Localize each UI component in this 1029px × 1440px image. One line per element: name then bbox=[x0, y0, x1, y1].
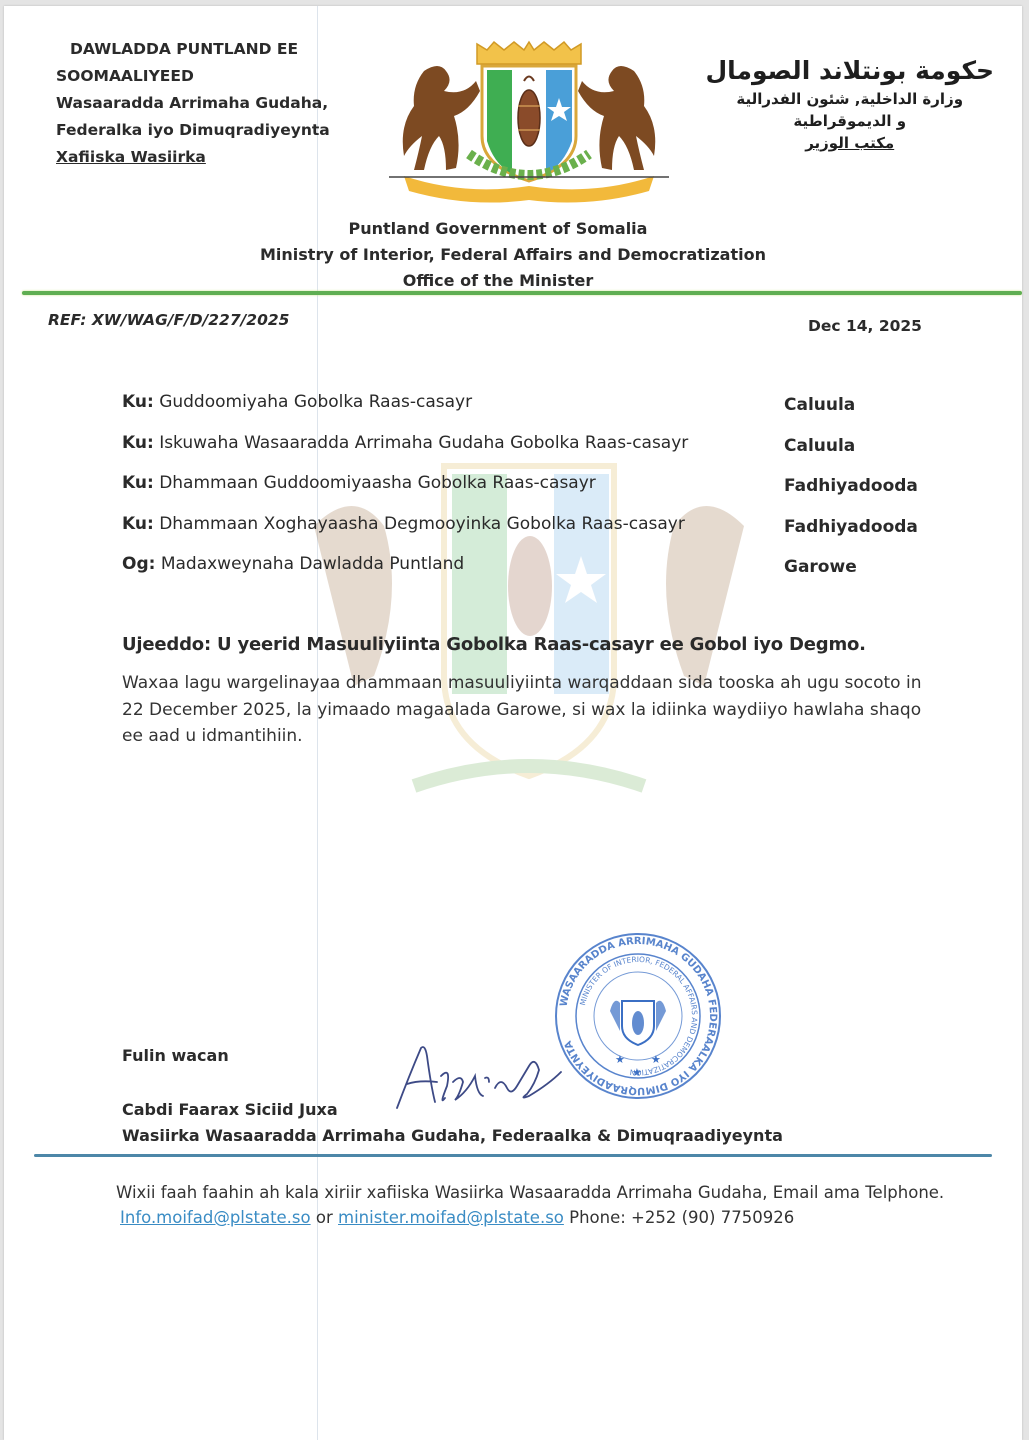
footer-contact: Info.moifad@plstate.so or minister.moifa… bbox=[120, 1208, 794, 1227]
recipient-location: Fadhiyadooda bbox=[784, 517, 918, 537]
svg-text:★: ★ bbox=[632, 1066, 642, 1079]
letter-date: Dec 14, 2025 bbox=[808, 317, 922, 335]
government-name: Puntland Government of Somalia bbox=[4, 216, 1022, 242]
recipient-row: Og: Madaxweynaha Dawladda Puntland Garow… bbox=[122, 554, 922, 595]
signer-name: Cabdi Faarax Siciid Juxa bbox=[122, 1100, 338, 1119]
header-divider bbox=[22, 291, 1022, 295]
letterhead-left: DAWLADDA PUNTLAND EE SOOMAALIYEED Wasaar… bbox=[56, 36, 330, 171]
letterhead-right-arabic: حكومة بونتلاند الصومال وزارة الداخلية, ش… bbox=[705, 54, 994, 154]
recipient-prefix: Og: bbox=[122, 554, 155, 574]
recipient-name: Guddoomiyaha Gobolka Raas-casayr bbox=[159, 392, 472, 412]
recipient-row: Ku: Guddoomiyaha Gobolka Raas-casayr Cal… bbox=[122, 392, 922, 433]
recipient-list: Ku: Guddoomiyaha Gobolka Raas-casayr Cal… bbox=[122, 392, 922, 595]
recipient-name: Dhammaan Xoghayaasha Degmooyinka Gobolka… bbox=[159, 514, 685, 534]
footer-note: Wixii faah faahin ah kala xiriir xafiisk… bbox=[116, 1183, 944, 1202]
recipient-location: Fadhiyadooda bbox=[784, 476, 918, 496]
arabic-government-title: حكومة بونتلاند الصومال bbox=[705, 54, 994, 88]
letterhead-left-line: SOOMAALIYEED bbox=[56, 63, 330, 90]
letter-body: Waxaa lagu wargelinayaa dhammaan masuuli… bbox=[122, 670, 932, 750]
email-link-minister[interactable]: minister.moifad@plstate.so bbox=[338, 1208, 564, 1227]
recipient-prefix: Ku: bbox=[122, 514, 154, 534]
letterhead-left-line: Federalka iyo Dimuqradiyeynta bbox=[56, 117, 330, 144]
svg-text:★: ★ bbox=[615, 1053, 625, 1066]
recipient-location: Caluula bbox=[784, 436, 855, 456]
signature-icon bbox=[389, 1036, 589, 1116]
letter-page: DAWLADDA PUNTLAND EE SOOMAALIYEED Wasaar… bbox=[4, 6, 1022, 1440]
recipient-prefix: Ku: bbox=[122, 392, 154, 412]
recipient-prefix: Ku: bbox=[122, 433, 154, 453]
letter-subject: Ujeeddo: U yeerid Masuuliyiinta Gobolka … bbox=[122, 634, 866, 655]
arabic-ministry-line: وزارة الداخلية, شئون الفدرالية bbox=[705, 88, 994, 110]
recipient-row: Ku: Dhammaan Guddoomiyaasha Gobolka Raas… bbox=[122, 473, 922, 514]
ministry-name: Ministry of Interior, Federal Affairs an… bbox=[4, 242, 1022, 268]
letterhead-left-line: Wasaaradda Arrimaha Gudaha, bbox=[56, 90, 330, 117]
puntland-coat-of-arms-icon bbox=[384, 36, 674, 206]
recipient-row: Ku: Iskuwaha Wasaaradda Arrimaha Gudaha … bbox=[122, 433, 922, 474]
recipient-name: Madaxweynaha Dawladda Puntland bbox=[161, 554, 464, 574]
recipient-location: Garowe bbox=[784, 557, 857, 577]
recipient-name: Iskuwaha Wasaaradda Arrimaha Gudaha Gobo… bbox=[159, 433, 688, 453]
recipient-prefix: Ku: bbox=[122, 473, 154, 493]
reference-number: REF: XW/WAG/F/D/227/2025 bbox=[48, 311, 289, 329]
svg-text:★: ★ bbox=[651, 1053, 661, 1066]
footer-divider bbox=[34, 1154, 992, 1157]
arabic-office-label: مكتب الوزير bbox=[705, 132, 994, 154]
closing-phrase: Fulin wacan bbox=[122, 1046, 229, 1065]
arabic-ministry-line: و الديموقراطية bbox=[705, 110, 994, 132]
recipient-row: Ku: Dhammaan Xoghayaasha Degmooyinka Gob… bbox=[122, 514, 922, 555]
recipient-name: Dhammaan Guddoomiyaasha Gobolka Raas-cas… bbox=[159, 473, 596, 493]
office-label: Xafiiska Wasiirka bbox=[56, 148, 206, 166]
email-link-info[interactable]: Info.moifad@plstate.so bbox=[120, 1208, 311, 1227]
recipient-location: Caluula bbox=[784, 395, 855, 415]
letterhead-center: Puntland Government of Somalia Ministry … bbox=[4, 216, 1022, 294]
signer-title: Wasiirka Wasaaradda Arrimaha Gudaha, Fed… bbox=[122, 1126, 783, 1145]
footer-or: or bbox=[316, 1208, 333, 1227]
footer-phone: Phone: +252 (90) 7750926 bbox=[569, 1208, 794, 1227]
letterhead-left-line: DAWLADDA PUNTLAND EE bbox=[56, 36, 330, 63]
